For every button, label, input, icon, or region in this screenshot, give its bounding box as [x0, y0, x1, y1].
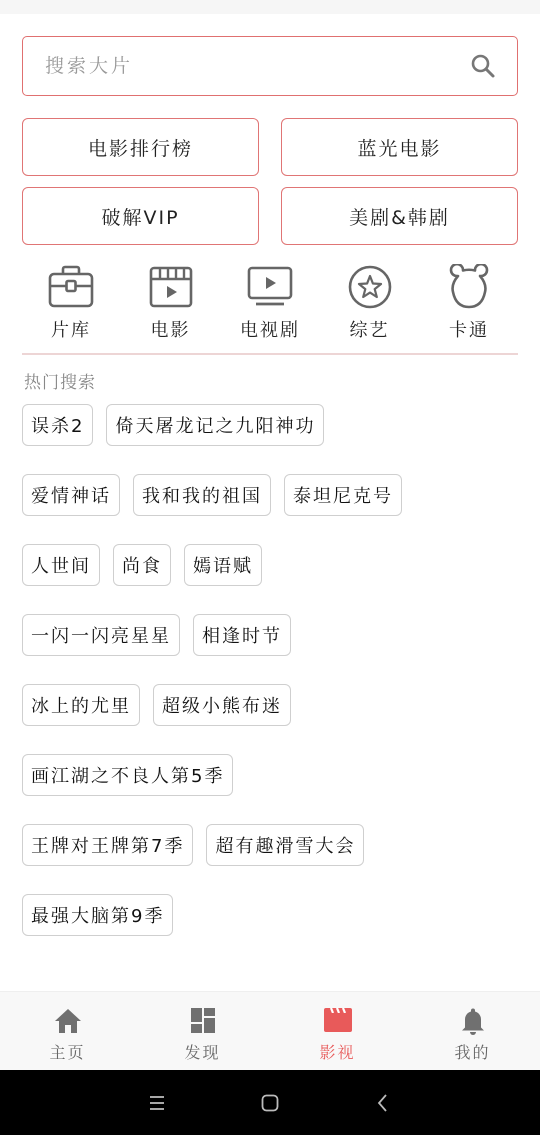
system-navigation-bar: [0, 1070, 540, 1135]
hot-search-tag[interactable]: 相逢时节: [193, 614, 291, 656]
star-circle-icon: [346, 264, 394, 310]
bluray-movies-button[interactable]: 蓝光电影: [281, 118, 518, 176]
hot-search-tags: 误杀2 倚天屠龙记之九阳神功 爱情神话 我和我的祖国 泰坦尼克号 人世间 尚食 …: [22, 404, 522, 936]
film-clapper-icon: [147, 264, 195, 310]
bear-icon: [445, 264, 493, 310]
home-button-icon[interactable]: [258, 1091, 282, 1115]
category-library[interactable]: 片库: [22, 264, 120, 344]
search-bar[interactable]: [22, 36, 518, 96]
category-label: 电视剧: [240, 316, 300, 342]
nav-discover[interactable]: 发现: [135, 992, 270, 1070]
category-label: 综艺: [350, 316, 390, 342]
nav-video[interactable]: 影视: [270, 992, 405, 1070]
hot-search-tag[interactable]: 超有趣滑雪大会: [206, 824, 364, 866]
home-icon: [53, 1006, 83, 1036]
nav-label: 我的: [454, 1040, 490, 1063]
category-tv[interactable]: 电视剧: [221, 264, 319, 344]
nav-label: 影视: [319, 1040, 355, 1063]
quick-links: 电影排行榜 蓝光电影 破解VIP 美剧&韩剧: [22, 118, 518, 245]
hot-search-tag[interactable]: 我和我的祖国: [133, 474, 271, 516]
hot-search-tag[interactable]: 泰坦尼克号: [284, 474, 402, 516]
briefcase-icon: [47, 264, 95, 310]
category-cartoon[interactable]: 卡通: [420, 264, 518, 344]
nav-home[interactable]: 主页: [0, 992, 135, 1070]
bottom-nav: 主页 发现 影视 我的: [0, 991, 540, 1070]
back-icon[interactable]: [371, 1091, 395, 1115]
category-variety[interactable]: 综艺: [321, 264, 419, 344]
category-row: 片库 电影 电视剧 综艺 卡通: [22, 264, 518, 344]
category-label: 片库: [51, 316, 91, 342]
hot-search-title: 热门搜索: [24, 368, 96, 393]
recents-icon[interactable]: [145, 1091, 169, 1115]
hot-search-tag[interactable]: 爱情神话: [22, 474, 120, 516]
nav-label: 发现: [184, 1040, 220, 1063]
crack-vip-button[interactable]: 破解VIP: [22, 187, 259, 245]
hot-search-tag[interactable]: 王牌对王牌第7季: [22, 824, 193, 866]
category-label: 电影: [151, 316, 191, 342]
tv-icon: [246, 264, 294, 310]
hot-search-tag[interactable]: 最强大脑第9季: [22, 894, 173, 936]
search-icon[interactable]: [469, 52, 497, 80]
hot-search-tag[interactable]: 超级小熊布迷: [153, 684, 291, 726]
hot-search-tag[interactable]: 嫣语赋: [184, 544, 262, 586]
status-bar: [0, 0, 540, 14]
hot-search-tag[interactable]: 冰上的尤里: [22, 684, 140, 726]
hot-search-tag[interactable]: 一闪一闪亮星星: [22, 614, 180, 656]
category-movies[interactable]: 电影: [122, 264, 220, 344]
movie-ranking-button[interactable]: 电影排行榜: [22, 118, 259, 176]
hot-search-tag[interactable]: 人世间: [22, 544, 100, 586]
bell-icon: [458, 1006, 488, 1036]
category-label: 卡通: [449, 316, 489, 342]
search-input[interactable]: [45, 55, 469, 77]
clapperboard-icon: [323, 1006, 353, 1036]
hot-search-tag[interactable]: 倚天屠龙记之九阳神功: [106, 404, 324, 446]
dashboard-icon: [188, 1006, 218, 1036]
hot-search-tag[interactable]: 尚食: [113, 544, 171, 586]
section-divider: [22, 353, 518, 355]
hot-search-tag[interactable]: 画江湖之不良人第5季: [22, 754, 233, 796]
us-kr-drama-button[interactable]: 美剧&韩剧: [281, 187, 518, 245]
nav-mine[interactable]: 我的: [405, 992, 540, 1070]
nav-label: 主页: [49, 1040, 85, 1063]
hot-search-tag[interactable]: 误杀2: [22, 404, 93, 446]
